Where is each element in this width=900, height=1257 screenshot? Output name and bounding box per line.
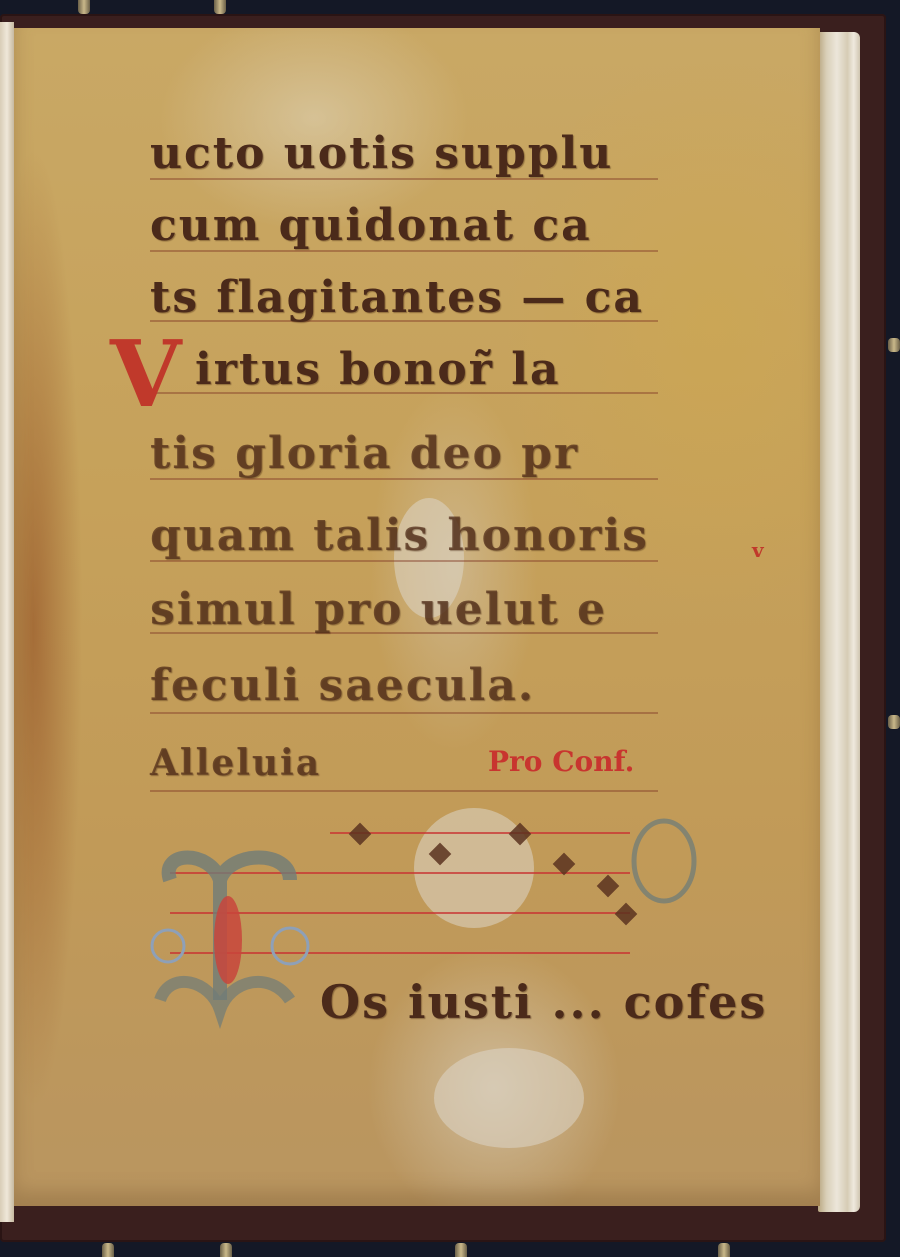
- ruling-line: [150, 790, 658, 792]
- clasp-peg: [220, 1243, 232, 1257]
- text-line: irtus bonor̃ la: [195, 344, 560, 395]
- clasp-peg: [888, 338, 900, 352]
- outlined-initial: [628, 815, 700, 907]
- text-line: tis gloria deo pr: [150, 428, 579, 479]
- text-line: feculi saecula.: [150, 660, 535, 711]
- text-line: quam talis honoris: [150, 510, 649, 561]
- clasp-peg: [718, 1243, 730, 1257]
- wear-stain: [434, 1048, 584, 1148]
- red-initial: V: [110, 328, 181, 420]
- text-line: cum quidonat ca: [150, 200, 592, 251]
- staff-line: [330, 832, 630, 834]
- clasp-peg: [214, 0, 226, 14]
- ruling-line: [150, 712, 658, 714]
- rubric: Pro Conf.: [488, 745, 634, 778]
- clasp-peg: [888, 715, 900, 729]
- left-page-edge: [0, 22, 14, 1222]
- text-line: Alleluia: [150, 742, 321, 784]
- illuminated-initial: [150, 850, 310, 1030]
- clasp-peg: [455, 1243, 467, 1257]
- text-line: Os iusti ... cofes: [320, 975, 767, 1029]
- margin-mark: v: [752, 538, 764, 562]
- text-line: ts flagitantes — ca: [150, 272, 644, 323]
- clasp-peg: [78, 0, 90, 14]
- clasp-peg: [102, 1243, 114, 1257]
- text-line: ucto uotis supplu: [150, 128, 613, 179]
- page-stack-edge: [818, 32, 860, 1212]
- text-line: simul pro uelut e: [150, 584, 607, 635]
